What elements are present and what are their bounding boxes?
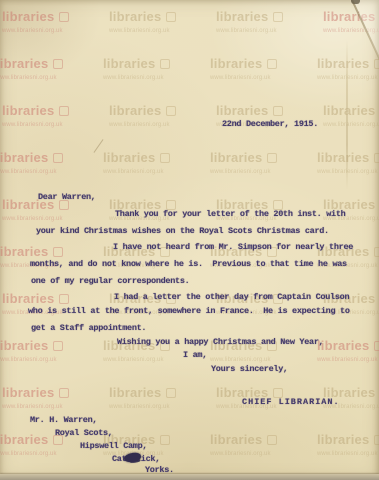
body-line: Wishing you a happy Christmas and New Ye… bbox=[117, 338, 323, 347]
paper: librarieswww.librariesni.org.uklibraries… bbox=[0, 0, 379, 480]
address-line: Hipswell Camp, bbox=[80, 442, 147, 451]
body-line: I have not heard from Mr. Simpson for ne… bbox=[113, 243, 353, 252]
salutation: Dear Warren, bbox=[38, 193, 96, 202]
paper-bottom-edge bbox=[0, 474, 379, 480]
letter-scan: librarieswww.librariesni.org.uklibraries… bbox=[0, 0, 379, 480]
body-line: your kind Christmas wishes on the Royal … bbox=[36, 227, 329, 236]
body-line: Thank you for your letter of the 20th in… bbox=[115, 210, 345, 219]
body-line: get a Staff appointment. bbox=[31, 324, 146, 333]
address-line: Mr. H. Warren, bbox=[30, 416, 97, 425]
date-line: 22nd December, 1915. bbox=[222, 120, 318, 129]
body-line: months, and do not know where he is. Pre… bbox=[30, 260, 347, 269]
paper-notch bbox=[351, 0, 360, 4]
closing-line: I am, bbox=[183, 351, 207, 360]
address-line: Royal Scots, bbox=[55, 429, 113, 438]
body-line: one of my regular correspondents. bbox=[31, 277, 189, 286]
letter-text: 22nd December, 1915. Dear Warren, Thank … bbox=[0, 0, 379, 480]
signature: CHIEF LIBRARIAN. bbox=[242, 398, 340, 407]
closing-line: Yours sincerely, bbox=[211, 365, 288, 374]
body-line: who is still at the front, somewhere in … bbox=[28, 307, 350, 316]
body-line: I had a letter the other day from Captai… bbox=[114, 293, 349, 302]
